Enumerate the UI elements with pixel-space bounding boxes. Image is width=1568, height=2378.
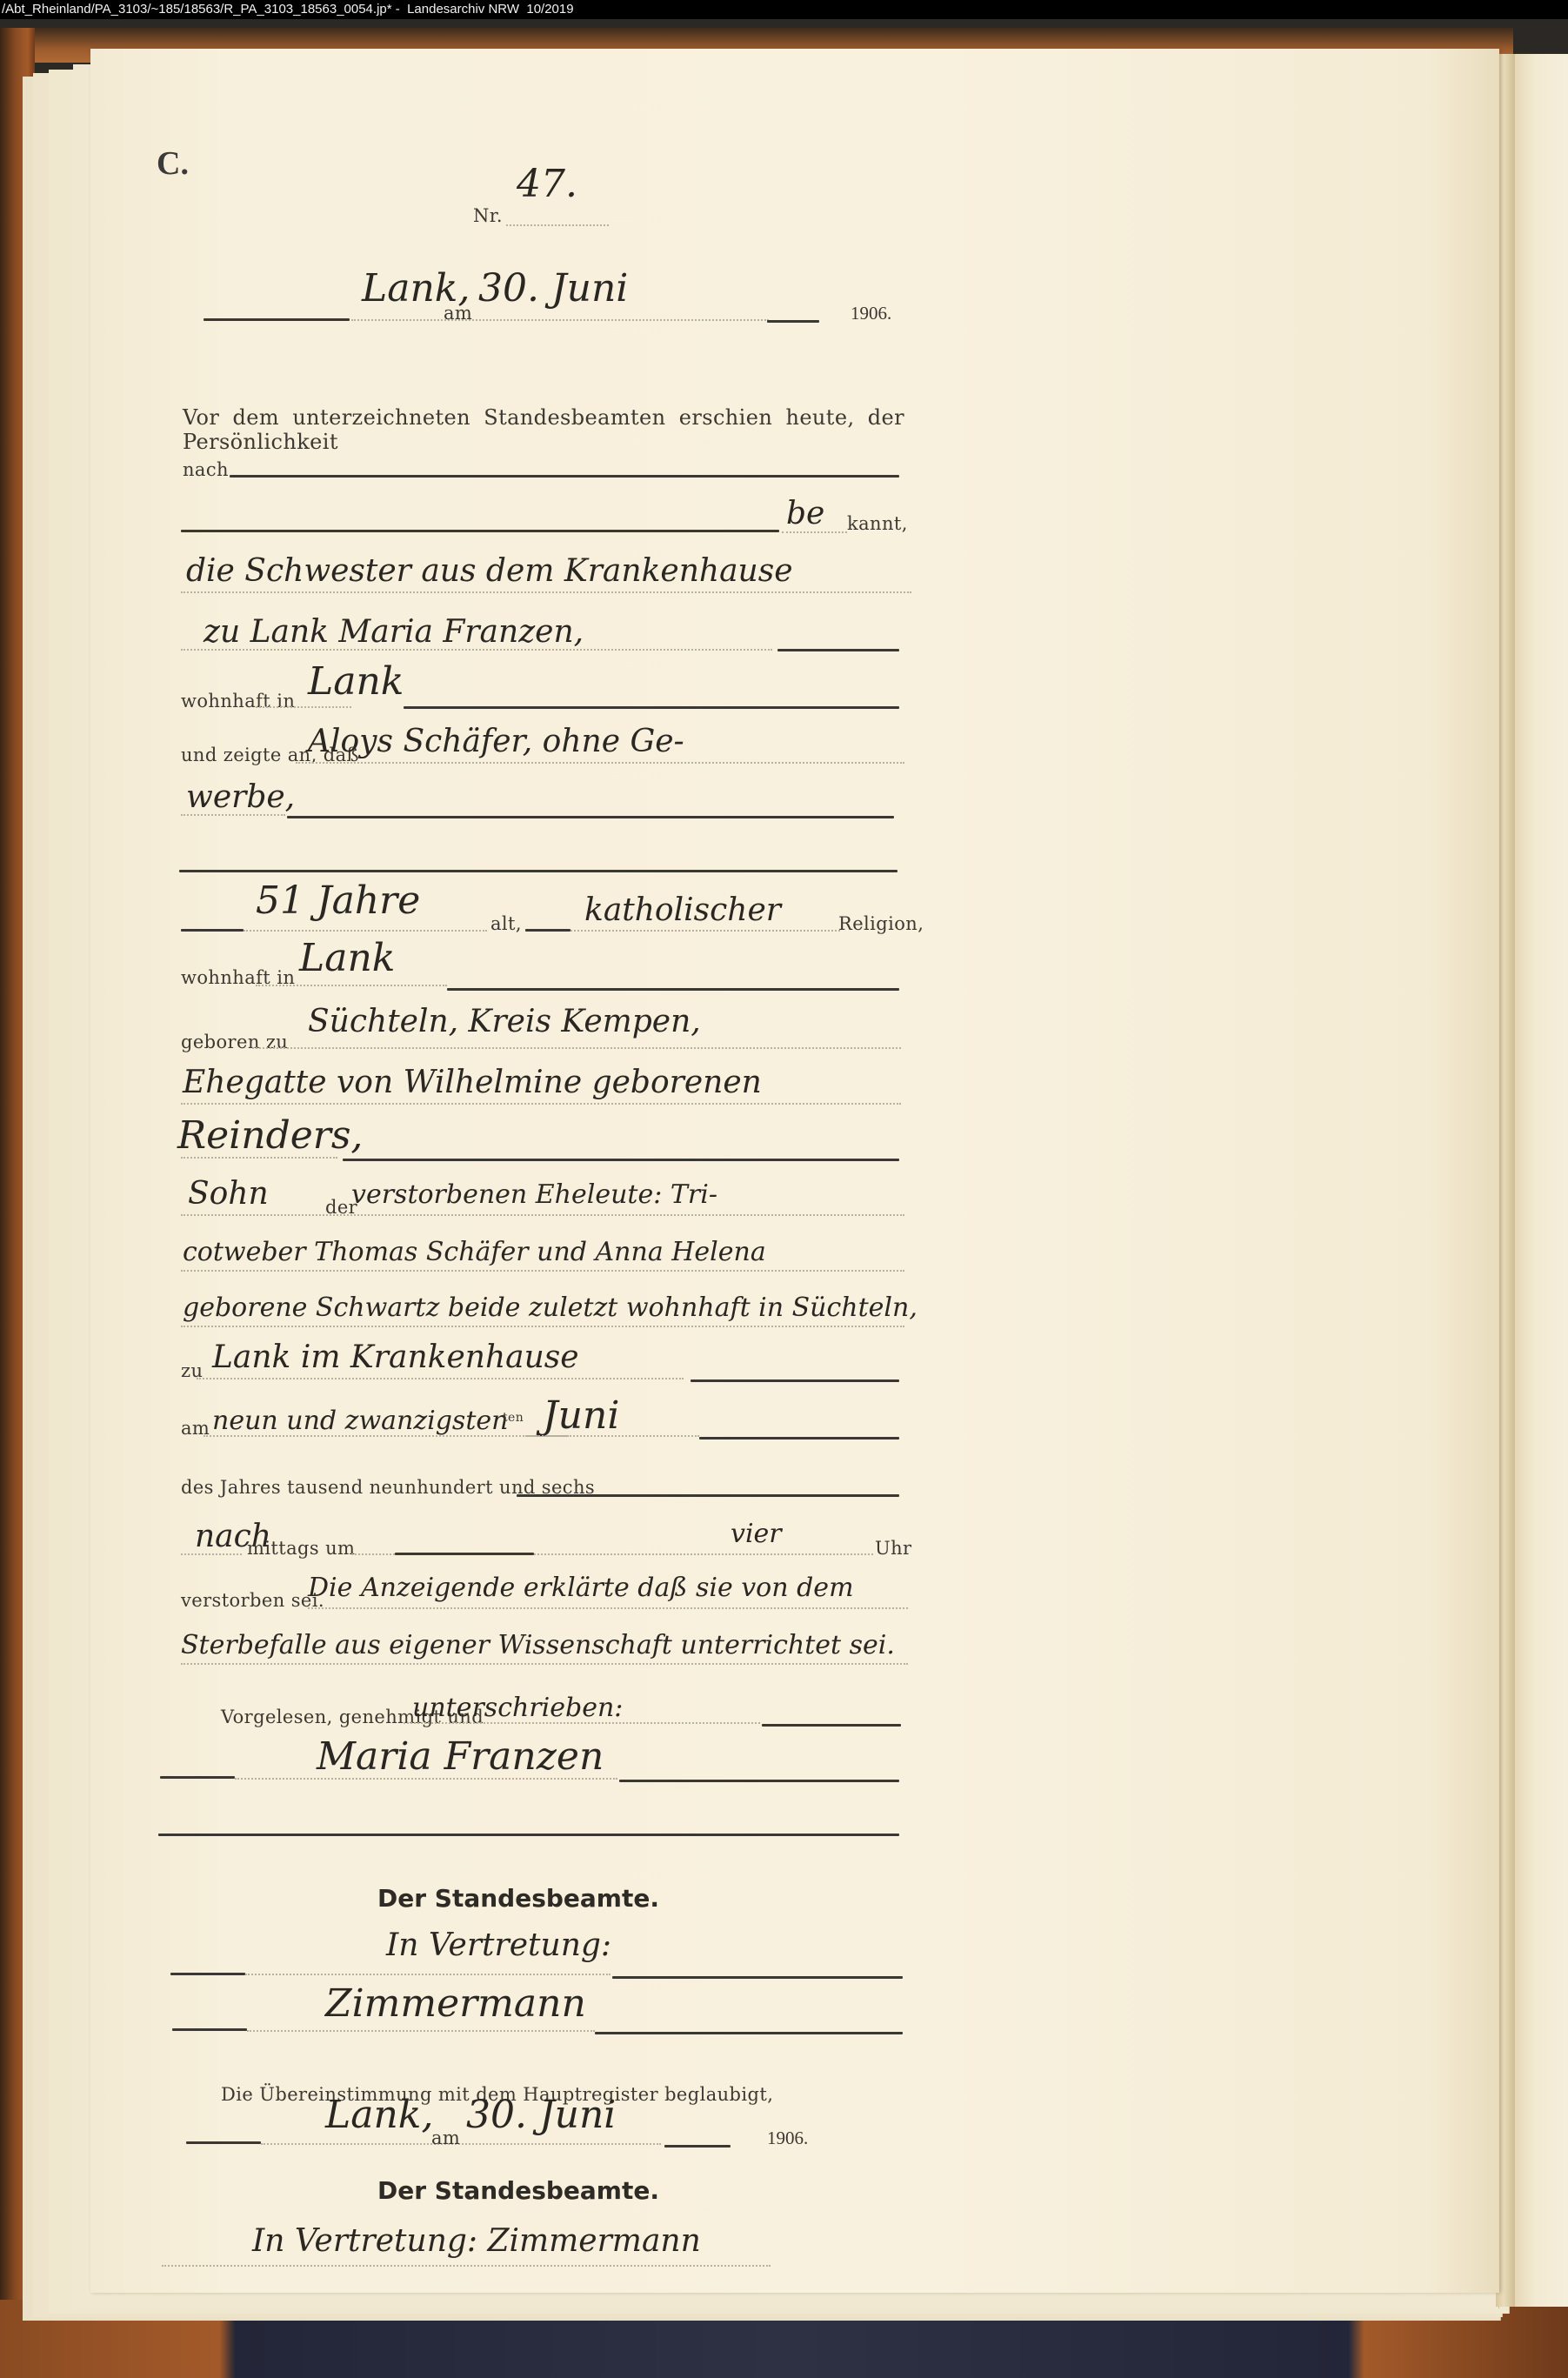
parents-line-3: geborene Schwartz beide zuletzt wohnhaft… <box>183 1293 917 1323</box>
rule <box>343 1159 899 1161</box>
dotted-line <box>247 2030 595 2032</box>
geboren-label: geboren zu <box>181 1032 288 1052</box>
dotted-line <box>197 1378 684 1379</box>
dotted-line <box>256 706 351 708</box>
dotted-line <box>351 1553 395 1555</box>
dotted-line <box>181 814 285 816</box>
official-title: Der Standesbeamte. <box>377 1884 659 1913</box>
rule <box>517 1494 899 1497</box>
alt-label: alt, <box>490 913 522 934</box>
deceased-line-2: werbe, <box>186 779 295 815</box>
uhr-label: Uhr <box>875 1538 911 1559</box>
dotted-line <box>181 591 911 593</box>
rule <box>612 1976 903 1979</box>
informant-signature: Maria Franzen <box>317 1734 604 1779</box>
zu-value: Lank im Krankenhause <box>212 1339 579 1375</box>
rule <box>179 870 897 872</box>
dotted-line <box>570 930 840 932</box>
dotted-line <box>181 1214 904 1216</box>
dotted-line <box>296 762 904 764</box>
rule <box>619 1780 899 1782</box>
statement-line-1: Die Anzeigende erklärte daß sie von dem <box>308 1573 854 1603</box>
rule <box>230 475 899 478</box>
rule <box>186 2141 261 2144</box>
rule <box>664 2145 731 2148</box>
dotted-line <box>782 531 847 533</box>
spouse-line-1: Ehegatte von Wilhelmine geborenen <box>183 1065 762 1100</box>
rule <box>595 2032 903 2034</box>
dotted-line <box>244 930 487 932</box>
scan-image: C. Nr. 47. Lank, am 30. Juni 1906. Vor d… <box>0 19 1568 2378</box>
rule <box>172 2028 247 2031</box>
official-name: Zimmermann <box>325 1981 586 2026</box>
section-letter: C. <box>157 144 189 183</box>
month-value: Juni <box>543 1393 619 1438</box>
register-page: C. Nr. 47. Lank, am 30. Juni 1906. Vor d… <box>90 49 1499 2293</box>
rule <box>395 1553 534 1555</box>
dotted-line <box>181 1270 904 1272</box>
wohnhaft-label: wohnhaft in <box>181 691 295 711</box>
cert-am-label: am <box>431 2128 460 2148</box>
dotted-line <box>181 1157 337 1159</box>
informant-line-1: die Schwester aus dem Krankenhause <box>186 553 793 589</box>
spouse-line-2: Reinders, <box>177 1113 363 1158</box>
parents-line-2: cotweber Thomas Schäfer und Anna Helena <box>183 1237 766 1267</box>
rule <box>404 706 899 709</box>
am-label: am <box>444 303 472 324</box>
official-vertretung: In Vertretung: <box>386 1927 611 1963</box>
am-value: neun und zwanzigsten <box>212 1406 508 1436</box>
dotted-line <box>252 1047 901 1049</box>
dotted-line <box>245 1974 611 1975</box>
rule <box>691 1379 899 1382</box>
wohnhaft2-value: Lank <box>299 936 395 980</box>
rule <box>160 1776 235 1779</box>
verstorben-label: verstorben sei. <box>181 1590 324 1611</box>
vorgelesen-value: unterschrieben: <box>412 1693 623 1723</box>
dotted-line <box>404 1722 760 1724</box>
window-title-bar: /Abt_Rheinland/PA_3103/~185/18563/R_PA_3… <box>0 0 1568 19</box>
cert-place: Lank, <box>325 2093 433 2137</box>
rule <box>447 988 899 991</box>
rule <box>525 929 570 932</box>
geboren-value: Süchteln, Kreis Kempen, <box>308 1004 701 1039</box>
dotted-line <box>308 1607 908 1609</box>
cert-date: 30. Juni <box>466 2093 616 2137</box>
dotted-line <box>261 2143 661 2145</box>
rule <box>204 318 350 321</box>
bekannt-hand: be <box>786 496 824 531</box>
dotted-line <box>256 985 447 986</box>
religion-label: Religion, <box>838 913 924 934</box>
register-number: 47. <box>517 162 577 206</box>
mittags-label: mittags um <box>247 1538 355 1559</box>
dotted-line <box>181 649 772 651</box>
religion-value: katholischer <box>584 892 781 928</box>
rule <box>181 929 244 932</box>
dotted-line <box>181 1553 242 1555</box>
dotted-line <box>534 1553 873 1555</box>
hour-value: vier <box>731 1519 782 1549</box>
am-suffix: ten <box>503 1411 524 1425</box>
rule <box>762 1724 901 1727</box>
cert-official-title: Der Standesbeamte. <box>377 2176 659 2205</box>
number-dotted-line <box>506 224 609 226</box>
dotted-line <box>351 319 769 321</box>
dotted-line <box>181 1103 901 1105</box>
rule <box>287 816 894 818</box>
rule <box>170 1973 245 1975</box>
dotted-line <box>181 1326 904 1327</box>
bekannt-label: kannt, <box>847 513 908 534</box>
parents-line-1: verstorbenen Eheleute: Tri- <box>351 1179 717 1210</box>
parents-prefix: Sohn <box>188 1176 269 1212</box>
wohnhaft-value: Lank <box>308 659 404 704</box>
rule <box>699 1437 899 1439</box>
day-month-value: 30. Juni <box>478 266 628 311</box>
dotted-line <box>162 2265 771 2267</box>
rule <box>181 530 779 532</box>
rule <box>767 320 819 323</box>
statement-line-2: Sterbefalle aus eigener Wissenschaft unt… <box>181 1630 895 1660</box>
dotted-line <box>181 1663 908 1665</box>
rule <box>777 649 899 651</box>
dotted-line <box>525 1435 699 1437</box>
intro-text: Vor dem unterzeichneten Standesbeamten e… <box>183 405 904 454</box>
rule <box>158 1834 899 1836</box>
facing-page-edge <box>1515 54 1568 2307</box>
year-printed: 1906. <box>851 303 891 324</box>
informant-line-2: zu Lank Maria Franzen, <box>204 614 584 650</box>
number-label: Nr. <box>473 205 503 226</box>
nach-label: nach <box>183 459 229 480</box>
age-value: 51 Jahre <box>256 878 420 923</box>
cert-signature: In Vertretung: Zimmermann <box>252 2223 701 2259</box>
cert-year: 1906. <box>767 2128 808 2149</box>
deceased-line-1: Aloys Schäfer, ohne Ge- <box>308 724 684 759</box>
